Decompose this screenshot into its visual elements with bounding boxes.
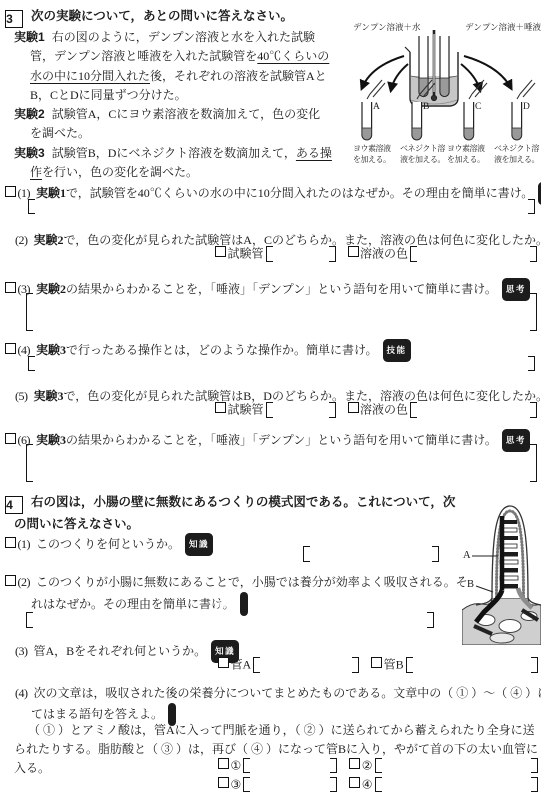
q3-experiments: 実験1右の図のように，デンプン溶液と水を入れた試験管，デンプン溶液と唾液を入れた… xyxy=(14,28,332,182)
tube-letter-d: D xyxy=(523,102,530,112)
answer-blank[interactable] xyxy=(417,402,530,418)
bracket-left-icon xyxy=(26,612,33,628)
bracket-right-icon xyxy=(330,777,337,792)
tube-letter-a: A xyxy=(373,102,380,112)
answer-checkbox[interactable] xyxy=(371,657,382,668)
experiment-2-label: 実験2 xyxy=(14,107,45,121)
tube-d-caption: ベネジクト溶液を加える。 xyxy=(494,144,541,165)
q4-number-box: 4 xyxy=(5,496,23,514)
bracket-left-icon xyxy=(243,758,250,773)
bracket-left-icon xyxy=(406,657,413,673)
tube-c-caption: ヨウ素溶液を加える。 xyxy=(447,144,494,165)
bracket-left-icon xyxy=(375,777,382,792)
answer-label: 試験管 xyxy=(228,247,264,261)
done-checkbox[interactable] xyxy=(5,186,16,197)
bracket-right-icon xyxy=(528,356,535,371)
q3-number-box: 3 xyxy=(5,10,23,28)
q4-header: 4右の図は，小腸の壁に無数にあるつくりの模式図である。これについて，次の問いに答… xyxy=(14,492,466,534)
bracket-left-icon xyxy=(303,546,310,562)
done-checkbox[interactable] xyxy=(5,282,16,293)
answer-blank[interactable] xyxy=(417,246,530,262)
inner-test-tube-saliva xyxy=(440,36,449,97)
arrow-to-d xyxy=(464,56,511,88)
bracket-right-icon xyxy=(352,657,359,673)
test-tube-d xyxy=(512,102,522,140)
q4-question-4: (4)次の文章は，吸収された後の栄養分についてまとめたものである。文章中の（ ①… xyxy=(5,684,541,726)
answer-label: 管B xyxy=(384,658,404,672)
q3-answer-1[interactable] xyxy=(28,199,535,214)
q3-answer-2: 試験管 溶液の色 xyxy=(215,246,537,262)
answer-checkbox[interactable] xyxy=(218,758,229,769)
tube-letter-b: B xyxy=(423,102,429,112)
bracket-right-icon xyxy=(432,546,439,562)
bracket-right-icon xyxy=(427,612,434,628)
answer-label: 溶液の色 xyxy=(360,403,408,417)
bracket-left-icon xyxy=(266,402,273,418)
experiment-3-label: 実験3 xyxy=(14,146,45,160)
arrow-to-a xyxy=(362,56,404,88)
tube-a-caption: ヨウ素溶液を加える。 xyxy=(353,144,400,165)
experiment-3-text-cont: を行い，色の変化を調べた。 xyxy=(42,165,198,179)
answer-blank[interactable] xyxy=(260,657,352,673)
bracket-right-icon xyxy=(531,777,538,792)
experiment-2-text: 試験管A，Cにヨウ素溶液を数滴加えて，色の変化を調べた。 xyxy=(30,107,320,140)
answer-blank[interactable] xyxy=(250,777,330,792)
answer-label: 溶液の色 xyxy=(360,247,408,261)
bracket-left-icon xyxy=(375,758,382,773)
answer-blank[interactable] xyxy=(413,657,531,673)
answer-checkbox[interactable] xyxy=(218,777,229,788)
done-checkbox[interactable] xyxy=(5,575,16,586)
experiment-1-label: 実験1 xyxy=(14,30,45,44)
dropper-a-icon xyxy=(367,80,385,99)
experiment-apparatus-figure: デンプン溶液＋水 デンプン溶液＋唾液 xyxy=(353,22,541,180)
tube-b-caption: ベネジクト溶液を加える。 xyxy=(400,144,447,165)
bracket-left-icon xyxy=(243,777,250,792)
q4-question-1: (1)このつくりを何というか。知識 xyxy=(5,533,213,556)
experiment-3-text: 試験管B，Dにベネジクト溶液を数滴加えて， xyxy=(52,146,296,160)
tube-letter-c: C xyxy=(475,102,481,112)
bracket-right-icon xyxy=(530,246,537,262)
bracket-left-icon xyxy=(410,402,417,418)
bracket-left-icon xyxy=(266,246,273,262)
bracket-left-icon xyxy=(26,293,33,331)
q4-title: 右の図は，小腸の壁に無数にあるつくりの模式図である。これについて，次の問いに答え… xyxy=(14,495,455,531)
test-tube-a xyxy=(362,102,372,140)
slot-label: ③ xyxy=(231,778,242,792)
q3-title: 次の実験について，あとの問いに答えなさい。 xyxy=(31,9,293,23)
answer-checkbox[interactable] xyxy=(348,402,359,413)
bracket-right-icon xyxy=(531,758,538,773)
bracket-left-icon xyxy=(26,444,33,482)
answer-blank[interactable] xyxy=(382,777,531,792)
q4-answer-2[interactable] xyxy=(26,612,434,628)
apparatus-drawing xyxy=(353,30,541,144)
done-checkbox[interactable] xyxy=(5,343,16,354)
answer-label: 管A xyxy=(231,658,252,672)
bracket-right-icon xyxy=(528,199,535,214)
q4-answer-4-row2: ③ ④ xyxy=(218,777,538,792)
done-checkbox[interactable] xyxy=(5,537,16,548)
answer-label: 試験管 xyxy=(228,403,264,417)
arrow-to-b xyxy=(391,64,408,90)
q4-question-2: (2)このつくりが小腸に無数にあることで，小腸では養分が効率よく吸収される。それ… xyxy=(5,572,479,616)
bracket-right-icon xyxy=(530,402,537,418)
worksheet-page: 3次の実験について，あとの問いに答えなさい。 実験1右の図のように，デンプン溶液… xyxy=(0,0,541,800)
q3-answer-3[interactable] xyxy=(26,293,537,331)
experiment-3-paragraph: 実験3試験管B，Dにベネジクト溶液を数滴加えて，ある操作を行い，色の変化を調べた… xyxy=(14,144,332,183)
bracket-right-icon xyxy=(531,657,538,673)
slot-label: ② xyxy=(362,759,373,773)
answer-blank[interactable] xyxy=(273,246,329,262)
bracket-right-icon xyxy=(530,444,537,482)
answer-checkbox[interactable] xyxy=(218,657,229,668)
answer-blank[interactable] xyxy=(250,758,330,773)
bracket-left-icon xyxy=(28,356,35,371)
answer-blank[interactable] xyxy=(273,402,329,418)
q4-answer-3: 管A 管B xyxy=(218,657,538,673)
test-tube-c xyxy=(464,102,474,140)
slot-label: ① xyxy=(231,759,242,773)
test-tube-b xyxy=(412,102,422,140)
answer-checkbox[interactable] xyxy=(349,758,360,769)
q3-answer-6[interactable] xyxy=(26,444,537,482)
q3-answer-5: 試験管 溶液の色 xyxy=(215,402,537,418)
q4-answer-4-row1: ① ② xyxy=(218,758,538,773)
inner-test-tube-water xyxy=(419,36,428,96)
q4-answer-1[interactable] xyxy=(303,546,439,562)
arrow-to-c xyxy=(461,64,480,90)
villus-label-a: A xyxy=(463,550,471,561)
done-checkbox[interactable] xyxy=(5,433,16,444)
experiment-1-paragraph: 実験1右の図のように，デンプン溶液と水を入れた試験管，デンプン溶液と唾液を入れた… xyxy=(14,28,332,105)
q3-answer-4[interactable] xyxy=(28,356,535,371)
slot-label: ④ xyxy=(362,778,373,792)
answer-checkbox[interactable] xyxy=(349,777,360,788)
answer-checkbox[interactable] xyxy=(215,246,226,257)
q4-question-3: (3)管A，Bをそれぞれ何というか。知識 xyxy=(5,640,239,663)
bracket-right-icon xyxy=(530,293,537,331)
bracket-right-icon xyxy=(329,402,336,418)
dropper-d-icon xyxy=(517,80,535,99)
experiment-2-paragraph: 実験2試験管A，Cにヨウ素溶液を数滴加えて，色の変化を調べた。 xyxy=(14,105,332,144)
bracket-right-icon xyxy=(329,246,336,262)
bracket-left-icon xyxy=(410,246,417,262)
bracket-left-icon xyxy=(28,199,35,214)
answer-checkbox[interactable] xyxy=(215,402,226,413)
answer-checkbox[interactable] xyxy=(348,246,359,257)
bracket-right-icon xyxy=(330,758,337,773)
bracket-left-icon xyxy=(253,657,260,673)
answer-blank[interactable] xyxy=(382,758,531,773)
question-badge: 知識 xyxy=(185,533,213,556)
